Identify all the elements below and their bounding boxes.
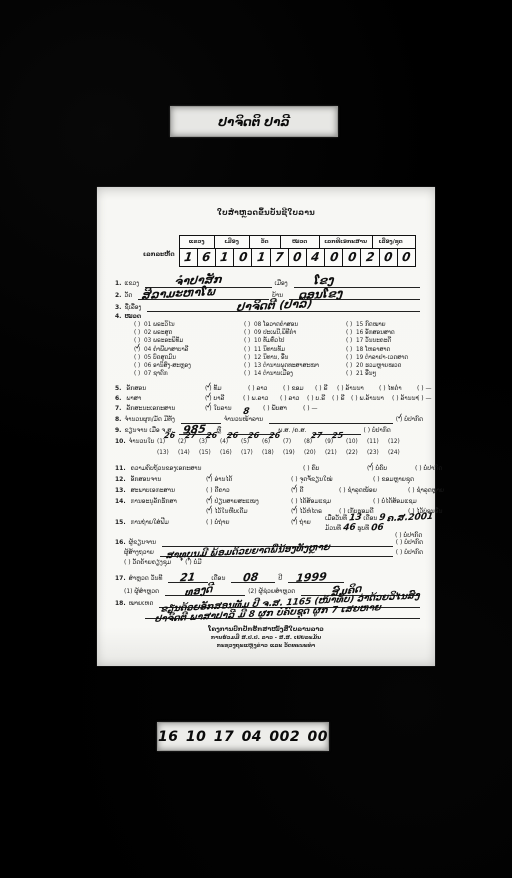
code-digit-cell: 6: [198, 249, 216, 266]
microfilm-roll-line: ມ້ວນທີ 46 ຮູບທີ 06: [325, 524, 384, 534]
category-item-07: ( ) 07 ຊາດົກ: [134, 371, 244, 379]
checkbox-parens: ( ): [315, 386, 322, 393]
code-digit-cell: 0: [289, 249, 307, 266]
leaf-count-handwritten: 26: [226, 432, 238, 441]
field-number: 7.: [115, 405, 121, 412]
leaf-count-handwritten: 26: [163, 432, 175, 441]
surveyor-signature: ທອງດີ: [185, 584, 214, 599]
be-ce-label: ພ.ສ. /ຄ.ສ.: [278, 428, 306, 435]
remarks-field-2: ປາຈິດຕີ ພາສາປາລີ ມີ 8 ຜູກ ບໍ່ຄົບຊຸດ ຜູກ …: [145, 611, 420, 619]
option-label: ຄົບ: [310, 465, 320, 472]
leaf-count-slot: (12): [388, 439, 409, 445]
not-found-label: ບໍ່ປາກົດ: [404, 416, 423, 423]
leaf-count-slot: (10): [346, 439, 367, 445]
checkbox-option: ( ) ພ.ລ້ານນາ: [351, 396, 384, 403]
category-item-19: ( ) 19 ຕຳລາຢາ-ເວດສາດ: [346, 355, 456, 363]
field-document-type: 7. ລັກສະນະເອກະສານ ( )✓ ໃບລານ( ) ພັບສາ( )…: [115, 406, 423, 415]
checkbox-parens: ( ): [244, 363, 250, 369]
checkbox-parens: ( ): [417, 396, 424, 403]
leaf-count-index: (17): [241, 450, 253, 456]
option-label: ລ້ານນາ: [399, 395, 419, 402]
checkbox-parens: ( ): [244, 347, 250, 353]
code-column-header: ເມືອງ: [215, 236, 250, 248]
leaf-count-slot: (19): [283, 450, 304, 456]
code-digit-cell: 0: [380, 249, 398, 266]
field-number: 8.: [115, 417, 121, 424]
handwritten-checkmark: ✓: [291, 515, 299, 525]
option-label: ບໍ່ຖ່າຍ: [213, 519, 230, 526]
checkbox-parens: ( ): [337, 386, 344, 393]
field-number: 11.: [115, 465, 126, 472]
checkbox-parens: ( ): [303, 466, 310, 473]
category-column-1: ( ) 01 ພຣະວິໄນ( ) 02 ພຣະສູດ( ) 03 ພຣະອະພ…: [134, 322, 244, 379]
leaf-count-handwritten: 25: [331, 432, 343, 441]
field-number: 9.: [115, 428, 121, 435]
checkbox-option: ( )✓ ຖ່າຍ: [291, 520, 311, 527]
none-option: ( ) ບໍ່ມີ: [185, 560, 201, 567]
field-microfilm: 15. ການຖ່າຍໃສ່ຟີມ ( ) ບໍ່ຖ່າຍ( )✓ ຖ່າຍ ເ…: [115, 520, 423, 529]
province-label: ແຂວງ: [124, 281, 139, 288]
leaf-counts-label: ຈຳນວນໃບ: [129, 439, 155, 446]
donor-field: ສາທຸບຸນມີ ພ້ອມດ້ວຍຍາດພີ່ນ້ອງທັງຫຼາຍ: [160, 549, 393, 557]
leaf-count-row-1: 26(1)27(2)26(3)26(4)26(5)26(6)(7)27(8)25…: [157, 439, 409, 445]
leaf-count-slot: (7): [283, 439, 304, 445]
code-column-header: ແຂວງ: [180, 236, 215, 248]
checkbox-parens: ( ): [346, 330, 352, 336]
field-number: 5.: [115, 385, 121, 392]
checkbox-parens: ( ): [244, 355, 250, 361]
checkbox-option: ( )✓ ໄວ້ໃນຫີບເດີມ: [206, 509, 248, 516]
category-item-04: ( )✓ 04 ຄຳພີພາສາບາລີ: [134, 347, 244, 355]
checkbox-parens: ( ): [248, 386, 255, 393]
leaf-count-index: (23): [367, 450, 379, 456]
code-digit-cell: 0: [398, 249, 415, 266]
checkbox-option: ( ) ຂອມຫຼາຍຊຸດ: [373, 477, 414, 484]
code-digit-handwritten: 0: [329, 251, 339, 265]
category-item-01: ( ) 01 ພຣະວິໄນ: [134, 322, 244, 330]
microfilm-year-handwritten: ຄ.ສ.2001: [387, 513, 434, 525]
leaf-count-slot: 26(6): [262, 439, 283, 445]
option-label: ພ.ລ້ານນາ: [358, 395, 384, 402]
code-digit-cell: 0: [325, 249, 343, 266]
option-label: ໄວ້ໃນຫີບເດີມ: [213, 508, 248, 515]
leaf-count-slot: 27(8): [304, 439, 325, 445]
code-digit-cell: 1: [252, 249, 270, 266]
option-label: ບໍ່ປາກົດ: [422, 465, 443, 472]
code-table-grid: ແຂວງເມືອງວັດໝວດເລກທີເອກະສານເລື່ອງ/ຊຸດ 16…: [179, 235, 416, 267]
field-number: 10.: [115, 439, 126, 446]
code-number-text: 16 10 17 04 002 00: [158, 729, 328, 745]
checkbox-parens: ( )✓: [291, 520, 298, 527]
checkbox-option: ( ) ລາວ: [248, 386, 267, 393]
handwritten-checkmark: ✓: [206, 472, 214, 482]
field-completeness: 11. ຄວາມຄົບຖ້ວນຂອງເອກະສານ ( ) ຄົບ( )✓ ບໍ…: [115, 466, 423, 475]
district-label: ເມືອງ: [275, 281, 288, 288]
code-column-header: ວັດ: [250, 236, 281, 248]
checkbox-option: ( )✓ ບໍ່ຄົບ: [367, 466, 387, 473]
leaf-count-handwritten: 26: [205, 432, 217, 441]
checkbox-option: ( ) ໄທດຳ: [379, 386, 402, 393]
checkbox-parens: ( )✓: [206, 509, 213, 516]
checkbox-parens: ( ): [392, 396, 399, 403]
field-preservation-a: 14. ການອະນຸລັກຮັກສາ ( )✓ ປ່ຽນສາຍສະແໜງ( )…: [115, 499, 423, 508]
title-field: ປາຈິດຕີ (ປາລີ): [147, 304, 420, 312]
field-fascicle-count: 8. ຈຳນວນຜູກ/ມັດ ມີທັງ ຈຳນວນໜ້າລານ ( )✓ ບ…: [115, 416, 423, 424]
leaf-count-slot: 26(3): [199, 439, 220, 445]
leaf-count-slot: (13): [157, 450, 178, 456]
microfilm-label: ການຖ່າຍໃສ່ຟີມ: [131, 519, 169, 526]
checkbox-option: ( ) ບໍ່ປາກົດ: [415, 466, 442, 473]
completeness-label: ຄວາມຄົບຖ້ວນຂອງເອກະສານ: [131, 465, 202, 472]
checkbox-parens: ( ): [346, 322, 352, 328]
leaf-count-index: (18): [262, 450, 274, 456]
checkbox-option: ( ) —: [417, 396, 432, 403]
leaf-count-index: (10): [346, 439, 358, 445]
leaf-count-index: (22): [346, 450, 358, 456]
leaf-count-index: (14): [178, 450, 190, 456]
code-digit-cell: 1: [216, 249, 234, 266]
leaf-count-slot: (24): [388, 450, 409, 456]
checkbox-option: ( ) ພັບສາ: [263, 406, 287, 413]
handwritten-checkmark: ✓: [134, 342, 142, 352]
handwritten-checkmark: ✓: [367, 461, 375, 471]
handwritten-checkmark: ✓: [396, 413, 404, 423]
code-digit-cell: 2: [361, 249, 379, 266]
field-related-vat: ( ) ວັດຄ້າຍຄຽງຊຸມ ( ) ບໍ່ມີ: [115, 560, 423, 567]
category-item-label: 01 ພຣະວິໄນ: [142, 322, 174, 328]
category-item-03: ( ) 03 ພຣະອະພິທັມ: [134, 338, 244, 346]
title-label: ຊື່ເລື່ອງ: [124, 305, 141, 312]
footer-project-name: ໂຄງການປົກປັກຮັກສາໜັງສືໃບລານລາວ: [97, 627, 435, 634]
assistant-surveyor-label: (2) ຜູ້ຊ່ວຍສຳຫຼວດ: [248, 589, 295, 596]
option-label: ຖ່າຍ: [298, 519, 311, 526]
category-column-3: ( ) 15 ກົດໝາຍ( ) 16 ອັກສອນສາດ( ) 17 ວັນນ…: [346, 322, 456, 379]
option-label: —: [310, 405, 318, 412]
code-digit-handwritten: 2: [365, 251, 375, 265]
option-label: ໄທດຳ: [386, 385, 402, 392]
leaf-count-slot: (20): [304, 450, 325, 456]
survey-year-handwritten: 1999: [295, 571, 327, 585]
option-label: ບ.ຣີ: [314, 395, 326, 402]
checkbox-parens: ( ): [417, 386, 424, 393]
preservation-label: ການອະນຸລັກຮັກສາ: [131, 498, 177, 505]
checkbox-option: ( ) ຣີ: [315, 386, 328, 393]
category-item-label: 07 ຊາດົກ: [142, 371, 167, 377]
code-digit-cell: 0: [234, 249, 252, 266]
option-label: ຈຸດຈໍ້ຂຽນໃໝ່: [298, 476, 333, 483]
checkbox-parens: ( ): [351, 396, 358, 403]
checkbox-parens: ( ): [332, 396, 339, 403]
code-digit-handwritten: 0: [238, 251, 248, 265]
checkbox-parens: ( ): [134, 371, 140, 377]
leaf-count-index: (13): [157, 450, 169, 456]
checkbox-parens: ( )✓: [367, 466, 374, 473]
survey-date-label: ສຳຫຼວດ ວັນທີ: [129, 576, 163, 583]
category-item-13: ( ) 13 ຕຳນານພຸດທະສາສະໜາ: [244, 363, 354, 371]
category-checkbox-grid: ( ) 01 ພຣະວິໄນ( ) 02 ພຣະສູດ( ) 03 ພຣະອະພ…: [115, 322, 427, 382]
scribe-not-found-option: ( ) ບໍ່ປາກົດ: [396, 540, 423, 547]
checkbox-parens: ( )✓: [291, 488, 298, 495]
survey-day-field: 21: [168, 575, 208, 583]
category-item-15: ( ) 15 ກົດໝາຍ: [346, 322, 456, 330]
checkbox-option: ( )✓ ປ່ຽນສາຍສະແໜງ: [206, 499, 259, 506]
leaf-count-slot: 25(9): [325, 439, 346, 445]
leaf-count-index: (16): [220, 450, 232, 456]
option-label: ລາວ: [255, 385, 268, 392]
handwritten-checkmark: ✓: [206, 504, 214, 514]
checkbox-option: ( ) ລ້ານນາ: [337, 386, 364, 393]
category-item-label: 15 ກົດໝາຍ: [354, 322, 385, 328]
option-label: ລ້ານນາ: [344, 385, 364, 392]
field-number: 14.: [115, 498, 126, 505]
option-label: ຊຳລຸດໜ້ອຍ: [346, 487, 377, 494]
category-item-label: 12 ນິທານ, ອື່ນ: [252, 355, 288, 361]
field-document-condition: 13. ສະພາບເອກະສານ ( ) ດີຄາວ( )✓ ດີ( ) ຊຳລ…: [115, 488, 423, 497]
checkbox-option: ( ) ບ.ຣີ: [307, 396, 325, 403]
category-column-2: ( ) 08 ໂອວາດຄຳສອນ( ) 09 ປະເພນີ,ພິທີກຳ( )…: [244, 322, 354, 379]
checkbox-parens: ( ): [346, 355, 352, 361]
field-number: 4.: [115, 314, 121, 321]
survey-month-field: 08: [231, 575, 275, 583]
category-item-21: ( ) 21 ອື່ນໆ: [346, 371, 456, 379]
checkbox-parens: ( ): [415, 466, 422, 473]
code-table-digits: 1610170400200: [180, 249, 415, 266]
leaf-count-index: (15): [199, 450, 211, 456]
checkbox-parens: ( ): [244, 322, 250, 328]
checkbox-option: ( )✓ ດີ: [291, 488, 304, 495]
checkbox-parens: ( ): [134, 322, 140, 328]
microfilm-month-label: ເດືອນ: [363, 515, 377, 522]
field-number: 3.: [115, 305, 121, 312]
survey-year-field: 1999: [288, 575, 344, 583]
leaf-count-index: (19): [283, 450, 295, 456]
code-digit-handwritten: 0: [347, 251, 357, 265]
checkbox-parens: ( ): [346, 338, 352, 344]
field-remarks-2: ປາຈິດຕີ ພາສາປາລີ ມີ 8 ຜູກ ບໍ່ຄົບຊຸດ ຜູກ …: [115, 611, 423, 619]
leaf-count-slot: (11): [367, 439, 388, 445]
checkbox-option: ( ) ຂອມ: [283, 386, 304, 393]
field-number: 16.: [115, 540, 126, 547]
leaf-count-slot: (22): [346, 450, 367, 456]
vat-handwritten-value: ສີລາມະຫາໂພ: [142, 286, 218, 302]
category-item-label: 10 ທັມທົ່ວໄປ: [252, 338, 284, 344]
code-digit-handwritten: 0: [383, 251, 393, 265]
leaf-count-slot: 27(2): [178, 439, 199, 445]
code-digit-handwritten: 1: [220, 251, 230, 265]
category-header: 4. ໝວດ: [115, 314, 423, 321]
category-item-label: 14 ຕຳນານເມືອງ: [252, 371, 293, 377]
remarks-label: ໝາຍເຫດ: [129, 601, 154, 608]
leaf-count-slot: (23): [367, 450, 388, 456]
leaf-count-index: (21): [325, 450, 337, 456]
manuscript-title-text: ປາຈິດຕິ ປາລີ: [218, 115, 289, 129]
checkbox-parens: ( ): [346, 371, 352, 377]
not-found-option: ( ) ບໍ່ປາກົດ: [364, 428, 391, 435]
field-number: 12.: [115, 476, 126, 483]
checkbox-parens: ( ): [134, 355, 140, 361]
field-number: 18.: [115, 601, 126, 608]
option-label: ໃບລານ: [212, 405, 232, 412]
field-province-district: 1. ແຂວງ ຈຳປາສັກ ເມືອງ ໂຂງ: [115, 280, 423, 288]
leaf-count-slot: (14): [178, 450, 199, 456]
leaf-count-slot: (16): [220, 450, 241, 456]
checkbox-option: ( ) ບໍ່ໄດ້ສ້ອມແຊມ: [373, 499, 417, 506]
manuscript-title-label: ປາຈິດຕິ ປາລີ: [170, 106, 338, 137]
manuscript-survey-form: ໃບສຳຫຼວດຂຶ້ນບັນຊີໃບລານ ເລກລະຫັດ ແຂວງເມືອ…: [97, 187, 435, 666]
district-field: ໂຂງ: [294, 280, 420, 288]
leaf-count-slot: (21): [325, 450, 346, 456]
checkbox-parens: ( ): [134, 330, 140, 336]
category-item-label: 20 ຮວມຫຼາຍໝວດ: [354, 363, 401, 369]
handwritten-checkmark: ✓: [205, 401, 213, 411]
leaf-count-handwritten: 27: [310, 432, 322, 441]
category-item-label: 21 ອື່ນໆ: [354, 371, 376, 377]
survey-day-handwritten: 21: [180, 571, 197, 584]
leaf-count-handwritten: 26: [247, 432, 259, 441]
checkbox-option: ( ) ບໍ່ຖ່າຍ: [206, 520, 229, 527]
option-label: ຂອມ: [290, 385, 304, 392]
field-language: 6. ພາສາ ( )✓ ບາລີ( ) ພ.ລາວ( ) ລາວ( ) ບ.ຣ…: [115, 396, 423, 405]
option-label: ດີຄາວ: [213, 487, 230, 494]
lettering-condition-label: ອັກສອນຈານ: [131, 476, 162, 483]
checkbox-parens: ( )✓: [206, 477, 213, 484]
form-title: ໃບສຳຫຼວດຂຶ້ນບັນຊີໃບລານ: [97, 209, 435, 217]
vat-field: ສີລາມະຫາໂພ: [138, 292, 269, 300]
option-label: ປ່ຽນສາຍສະແໜງ: [213, 498, 259, 505]
microfilm-frame-handwritten: 06: [370, 524, 384, 535]
option-label: ໄດ້ສ້ອມແຊມ: [298, 498, 331, 505]
category-item-05: ( ) 05 ບົດສູດມົນ: [134, 355, 244, 363]
code-table: ເລກລະຫັດ ແຂວງເມືອງວັດໝວດເລກທີເອກະສານເລື່…: [143, 235, 416, 267]
code-table-label: ເລກລະຫັດ: [143, 252, 175, 259]
field-title: 3. ຊື່ເລື່ອງ ປາຈິດຕີ (ປາລີ): [115, 304, 423, 312]
code-column-header: ໝວດ: [281, 236, 320, 248]
language-label: ພາສາ: [126, 395, 141, 402]
code-table-headers: ແຂວງເມືອງວັດໝວດເລກທີເອກະສານເລື່ອງ/ຊຸດ: [180, 236, 415, 249]
checkbox-option: ( )✓ ອ່ານໄດ້: [206, 477, 232, 484]
checkbox-parens: ( ): [346, 347, 352, 353]
category-item-label: 09 ປະເພນີ,ພິທີກຳ: [252, 330, 296, 336]
checkbox-option: ( ) ລາວ: [280, 396, 299, 403]
scribe-label: ຜູ້ຂຽນຈານ: [129, 540, 156, 547]
checkbox-option: ( ) ພ.ລາວ: [243, 396, 268, 403]
donor-not-found-option: ( ) ບໍ່ປາກົດ: [396, 550, 423, 557]
code-column-header: ເລກທີເອກະສານ: [320, 236, 373, 248]
field-number: 15.: [115, 519, 126, 526]
category-item-12: ( ) 12 ນິທານ, ອື່ນ: [244, 355, 354, 363]
option-label: ຊຳລຸດຫຼາຍ: [415, 487, 444, 494]
title-handwritten-value: ປາຈິດຕີ (ປາລີ): [237, 298, 314, 314]
category-item-17: ( ) 17 ວັນນະຄະດີ: [346, 338, 456, 346]
field-number: 13.: [115, 487, 126, 494]
category-label: ໝວດ: [124, 314, 141, 321]
option-label: ພ.ລາວ: [250, 395, 269, 402]
handwritten-checkmark: ✓: [291, 483, 299, 493]
field-script: 5. ອັກສອນ ( )✓ ທັມ( ) ລາວ( ) ຂອມ( ) ຣີ( …: [115, 386, 423, 395]
code-digit-cell: 1: [180, 249, 198, 266]
category-item-06: ( ) 06 ອານິສົງ-ສະຫຼອງ: [134, 363, 244, 371]
category-item-label: 03 ພຣະອະພິທັມ: [142, 338, 183, 344]
category-item-label: 05 ບົດສູດມົນ: [142, 355, 176, 361]
checkbox-parens: ( ): [408, 488, 415, 495]
leaf-pages-field: [269, 416, 393, 424]
option-label: ບາລີ: [212, 395, 225, 402]
option-label: —: [424, 385, 432, 392]
leaf-count-handwritten: 26: [268, 432, 280, 441]
surveyor-label: (1) ຜູ້ສຳຫຼວດ: [124, 589, 159, 596]
option-label: ຂອມຫຼາຍຊຸດ: [380, 476, 414, 483]
checkbox-parens: ( ): [346, 363, 352, 369]
code-digit-handwritten: 4: [311, 251, 321, 265]
field-number: 6.: [115, 395, 121, 402]
microfilm-frame-label: ຮູບທີ: [357, 525, 369, 532]
vat-label: ວັດ: [124, 293, 132, 300]
document-condition-label: ສະພາບເອກະສານ: [131, 487, 175, 494]
checkbox-parens: ( ): [307, 396, 314, 403]
category-item-label: 16 ອັກສອນສາດ: [354, 330, 394, 336]
leaf-pages-label: ຈຳນວນໜ້າລານ: [224, 417, 263, 424]
code-number-label: 16 10 17 04 002 00: [157, 722, 329, 751]
surveyor-signature-field: ທອງດີ: [165, 588, 245, 596]
checkbox-parens: ( ): [206, 520, 213, 527]
district-handwritten-value: ໂຂງ: [313, 274, 335, 287]
category-item-label: 08 ໂອວາດຄຳສອນ: [252, 322, 298, 328]
checkbox-parens: ( ): [280, 396, 287, 403]
checkbox-parens: ( ): [373, 477, 380, 484]
checkbox-parens: ( ): [263, 406, 270, 413]
checkbox-parens: ( ): [243, 396, 250, 403]
leaf-count-index: (20): [304, 450, 316, 456]
code-digit-handwritten: 7: [274, 251, 284, 265]
option-label: ໄວ້ຫໍໄຕຣ: [298, 508, 322, 515]
leaf-count-slot: (15): [199, 450, 220, 456]
category-item-14: ( ) 14 ຕຳນານເມືອງ: [244, 371, 354, 379]
survey-month-handwritten: 08: [243, 571, 260, 584]
checkbox-option: ( ) —: [303, 406, 318, 413]
leaf-count-index: (11): [367, 439, 379, 445]
checkbox-parens: ( ): [339, 488, 346, 495]
option-label: ຣີ: [339, 395, 345, 402]
handwritten-checkmark: ✓: [291, 504, 299, 514]
survey-month-label: ເດືອນ: [211, 576, 225, 583]
leaf-count-index: (12): [388, 439, 400, 445]
category-item-08: ( ) 08 ໂອວາດຄຳສອນ: [244, 322, 354, 330]
option-label: —: [424, 395, 432, 402]
code-digit-handwritten: 6: [201, 251, 211, 265]
fascicle-count-label: ຈຳນວນຜູກ/ມັດ ມີທັງ: [124, 417, 174, 424]
checkbox-option: ( ) ຄົບ: [303, 466, 319, 473]
leaf-count-slot: (18): [262, 450, 283, 456]
photo-background: { "photo": { "top_label_text": "ປາຈິດຕິ …: [0, 0, 512, 878]
category-item-20: ( ) 20 ຮວມຫຼາຍໝວດ: [346, 363, 456, 371]
leaf-count-handwritten: 27: [184, 432, 196, 441]
category-item-11: ( ) 11 ນິທານທັມ: [244, 347, 354, 355]
checkbox-option: ( ) ຊຳລຸດໜ້ອຍ: [339, 488, 377, 495]
footer-cooperation: ການຮ່ວມມື ສ.ປ.ປ. ລາວ - ສ.ສ. ເຢຍລະມັນ: [97, 636, 435, 642]
leaf-count-slot: 26(5): [241, 439, 262, 445]
code-digit-cell: 0: [343, 249, 361, 266]
option-label: ອ່ານໄດ້: [213, 476, 233, 483]
category-item-10: ( ) 10 ທັມທົ່ວໄປ: [244, 338, 354, 346]
checkbox-parens: ( ): [283, 386, 290, 393]
document-type-label: ລັກສະນະເອກະສານ: [126, 405, 175, 412]
checkbox-parens: ( ): [379, 386, 386, 393]
leaf-count-slot: (17): [241, 450, 262, 456]
not-found-option: ( )✓ ບໍ່ປາກົດ: [396, 417, 423, 424]
option-label: ລາວ: [287, 395, 300, 402]
checkbox-parens: ( ): [303, 406, 310, 413]
field-donor: ຜູ້ສ້າງຖວາຍ ສາທຸບຸນມີ ພ້ອມດ້ວຍຍາດພີ່ນ້ອງ…: [115, 549, 423, 557]
